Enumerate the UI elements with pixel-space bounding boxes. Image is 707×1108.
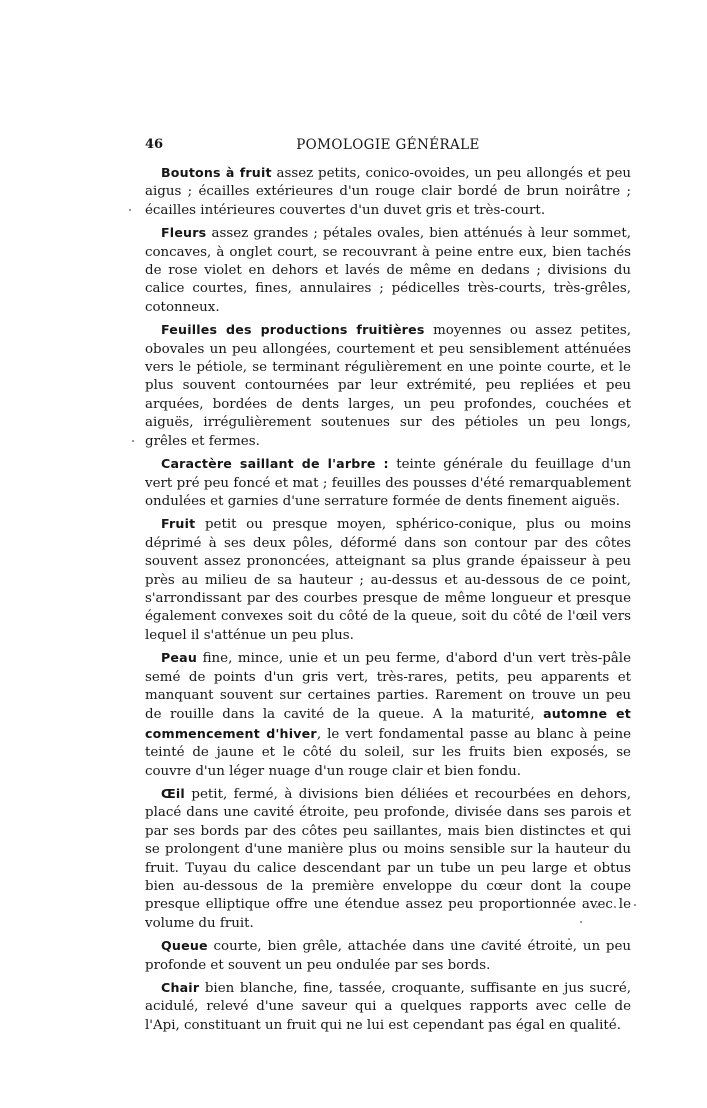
scan-speck (614, 906, 616, 908)
scan-speck (132, 440, 134, 442)
paragraph-fleurs: Fleurs assez grandes ; pétales ovales, b… (145, 224, 631, 317)
paragraph-heading: Boutons à fruit (161, 165, 272, 180)
paragraph-feuilles: Feuilles des productions fruitières moye… (145, 321, 631, 451)
paragraph-heading: Œil (161, 786, 185, 801)
scan-speck (596, 906, 598, 908)
paragraph-queue: Queue courte, bien grêle, attachée dans … (145, 937, 631, 975)
paragraph-heading: Caractère saillant de l'arbre : (161, 456, 389, 471)
paragraph-oeil: Œil petit, fermé, à divisions bien délié… (145, 785, 631, 933)
scan-speck (129, 209, 131, 211)
body-text: Boutons à fruit assez petits, conico-ovo… (145, 164, 631, 1035)
paragraph-text: petit ou presque moyen, sphérico-conique… (145, 517, 631, 642)
paragraph-text: assez grandes ; pétales ovales, bien att… (145, 226, 631, 315)
scan-speck (634, 904, 636, 906)
scan-speck (455, 941, 457, 943)
paragraph-chair: Chair bien blanche, fine, tassée, croqua… (145, 979, 631, 1035)
scan-speck (568, 938, 570, 940)
document-page: 46 POMOLOGIE GÉNÉRALE Boutons à fruit as… (145, 137, 631, 1039)
scan-speck (487, 941, 489, 943)
paragraph-text: bien blanche, fine, tassée, croquante, s… (145, 981, 631, 1033)
paragraph-text: petit, fermé, à divisions bien déliées e… (145, 787, 631, 931)
paragraph-peau: Peau fine, mince, unie et un peu ferme, … (145, 649, 631, 781)
paragraph-heading: Queue (161, 938, 208, 953)
paragraph-heading: Chair (161, 980, 199, 995)
paragraph-text: courte, bien grêle, attachée dans une ca… (145, 939, 631, 972)
paragraph-text: moyennes ou assez petites, obovales un p… (145, 323, 631, 448)
paragraph-boutons-a-fruit: Boutons à fruit assez petits, conico-ovo… (145, 164, 631, 220)
paragraph-fruit: Fruit petit ou presque moyen, sphérico-c… (145, 515, 631, 645)
paragraph-heading: Feuilles des productions fruitières (161, 322, 425, 337)
paragraph-heading: Fruit (161, 516, 195, 531)
scan-speck (580, 921, 582, 923)
paragraph-heading: Fleurs (161, 225, 206, 240)
running-title: POMOLOGIE GÉNÉRALE (145, 137, 631, 153)
paragraph-caractere: Caractère saillant de l'arbre : teinte g… (145, 455, 631, 511)
paragraph-heading: Peau (161, 650, 197, 665)
running-head: 46 POMOLOGIE GÉNÉRALE (145, 137, 631, 157)
